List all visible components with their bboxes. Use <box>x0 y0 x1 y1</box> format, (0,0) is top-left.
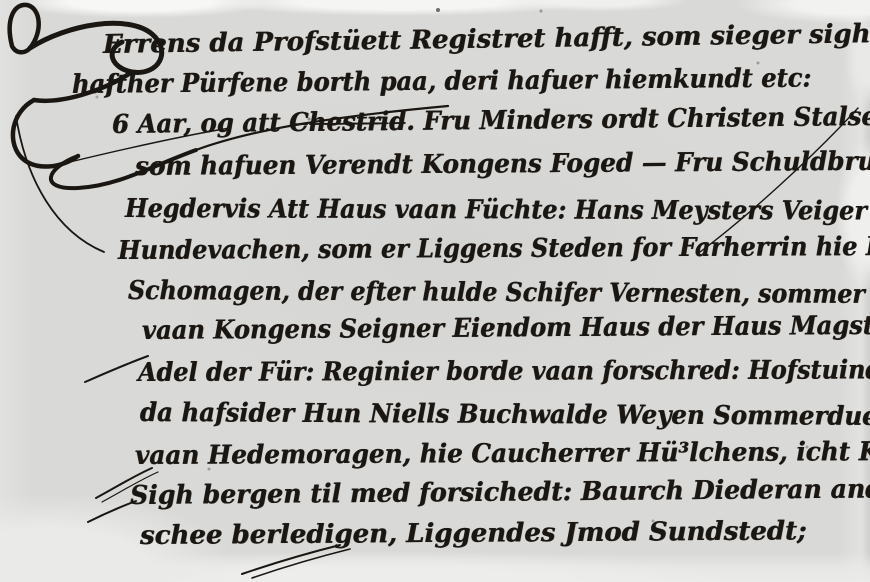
lead-stroke-line12 <box>88 501 136 522</box>
manuscript-line-8: vaan Kongens Seigner Eiendom Haus der Ha… <box>142 310 870 346</box>
manuscript-line-13: schee berledigen, Liggendes Jmod Sundste… <box>140 516 807 551</box>
manuscript-line-4: som hafuen Verendt Kongens Foged — Fru S… <box>135 146 870 182</box>
initial-descender-arc <box>16 116 104 252</box>
paper-specks <box>0 0 2 2</box>
manuscript-line-5: Hegdervis Att Haus vaan Füchte: Hans Mey… <box>125 194 870 227</box>
terminal-double-stroke-b <box>252 549 350 578</box>
manuscript-line-7: Schomagen, der efter hulde Schifer Verne… <box>128 276 870 310</box>
manuscript-line-9: Adel der Für: Reginier borde vaan forsch… <box>138 355 870 388</box>
manuscript-line-12: Sigh bergen til med forsichedt: Baurch D… <box>130 474 870 511</box>
manuscript-page: Errens da Profstüett Registret hafft, so… <box>0 0 870 582</box>
manuscript-line-6: Hundevachen, som er Liggens Steden for F… <box>118 232 870 266</box>
manuscript-line-10: da hafsider Hun Niells Buchwalde Weyen S… <box>140 398 870 432</box>
manuscript-line-11: vaan Hedemoragen, hie Caucherrer Hü³lche… <box>135 437 870 471</box>
initial-left-sweep <box>13 100 78 167</box>
